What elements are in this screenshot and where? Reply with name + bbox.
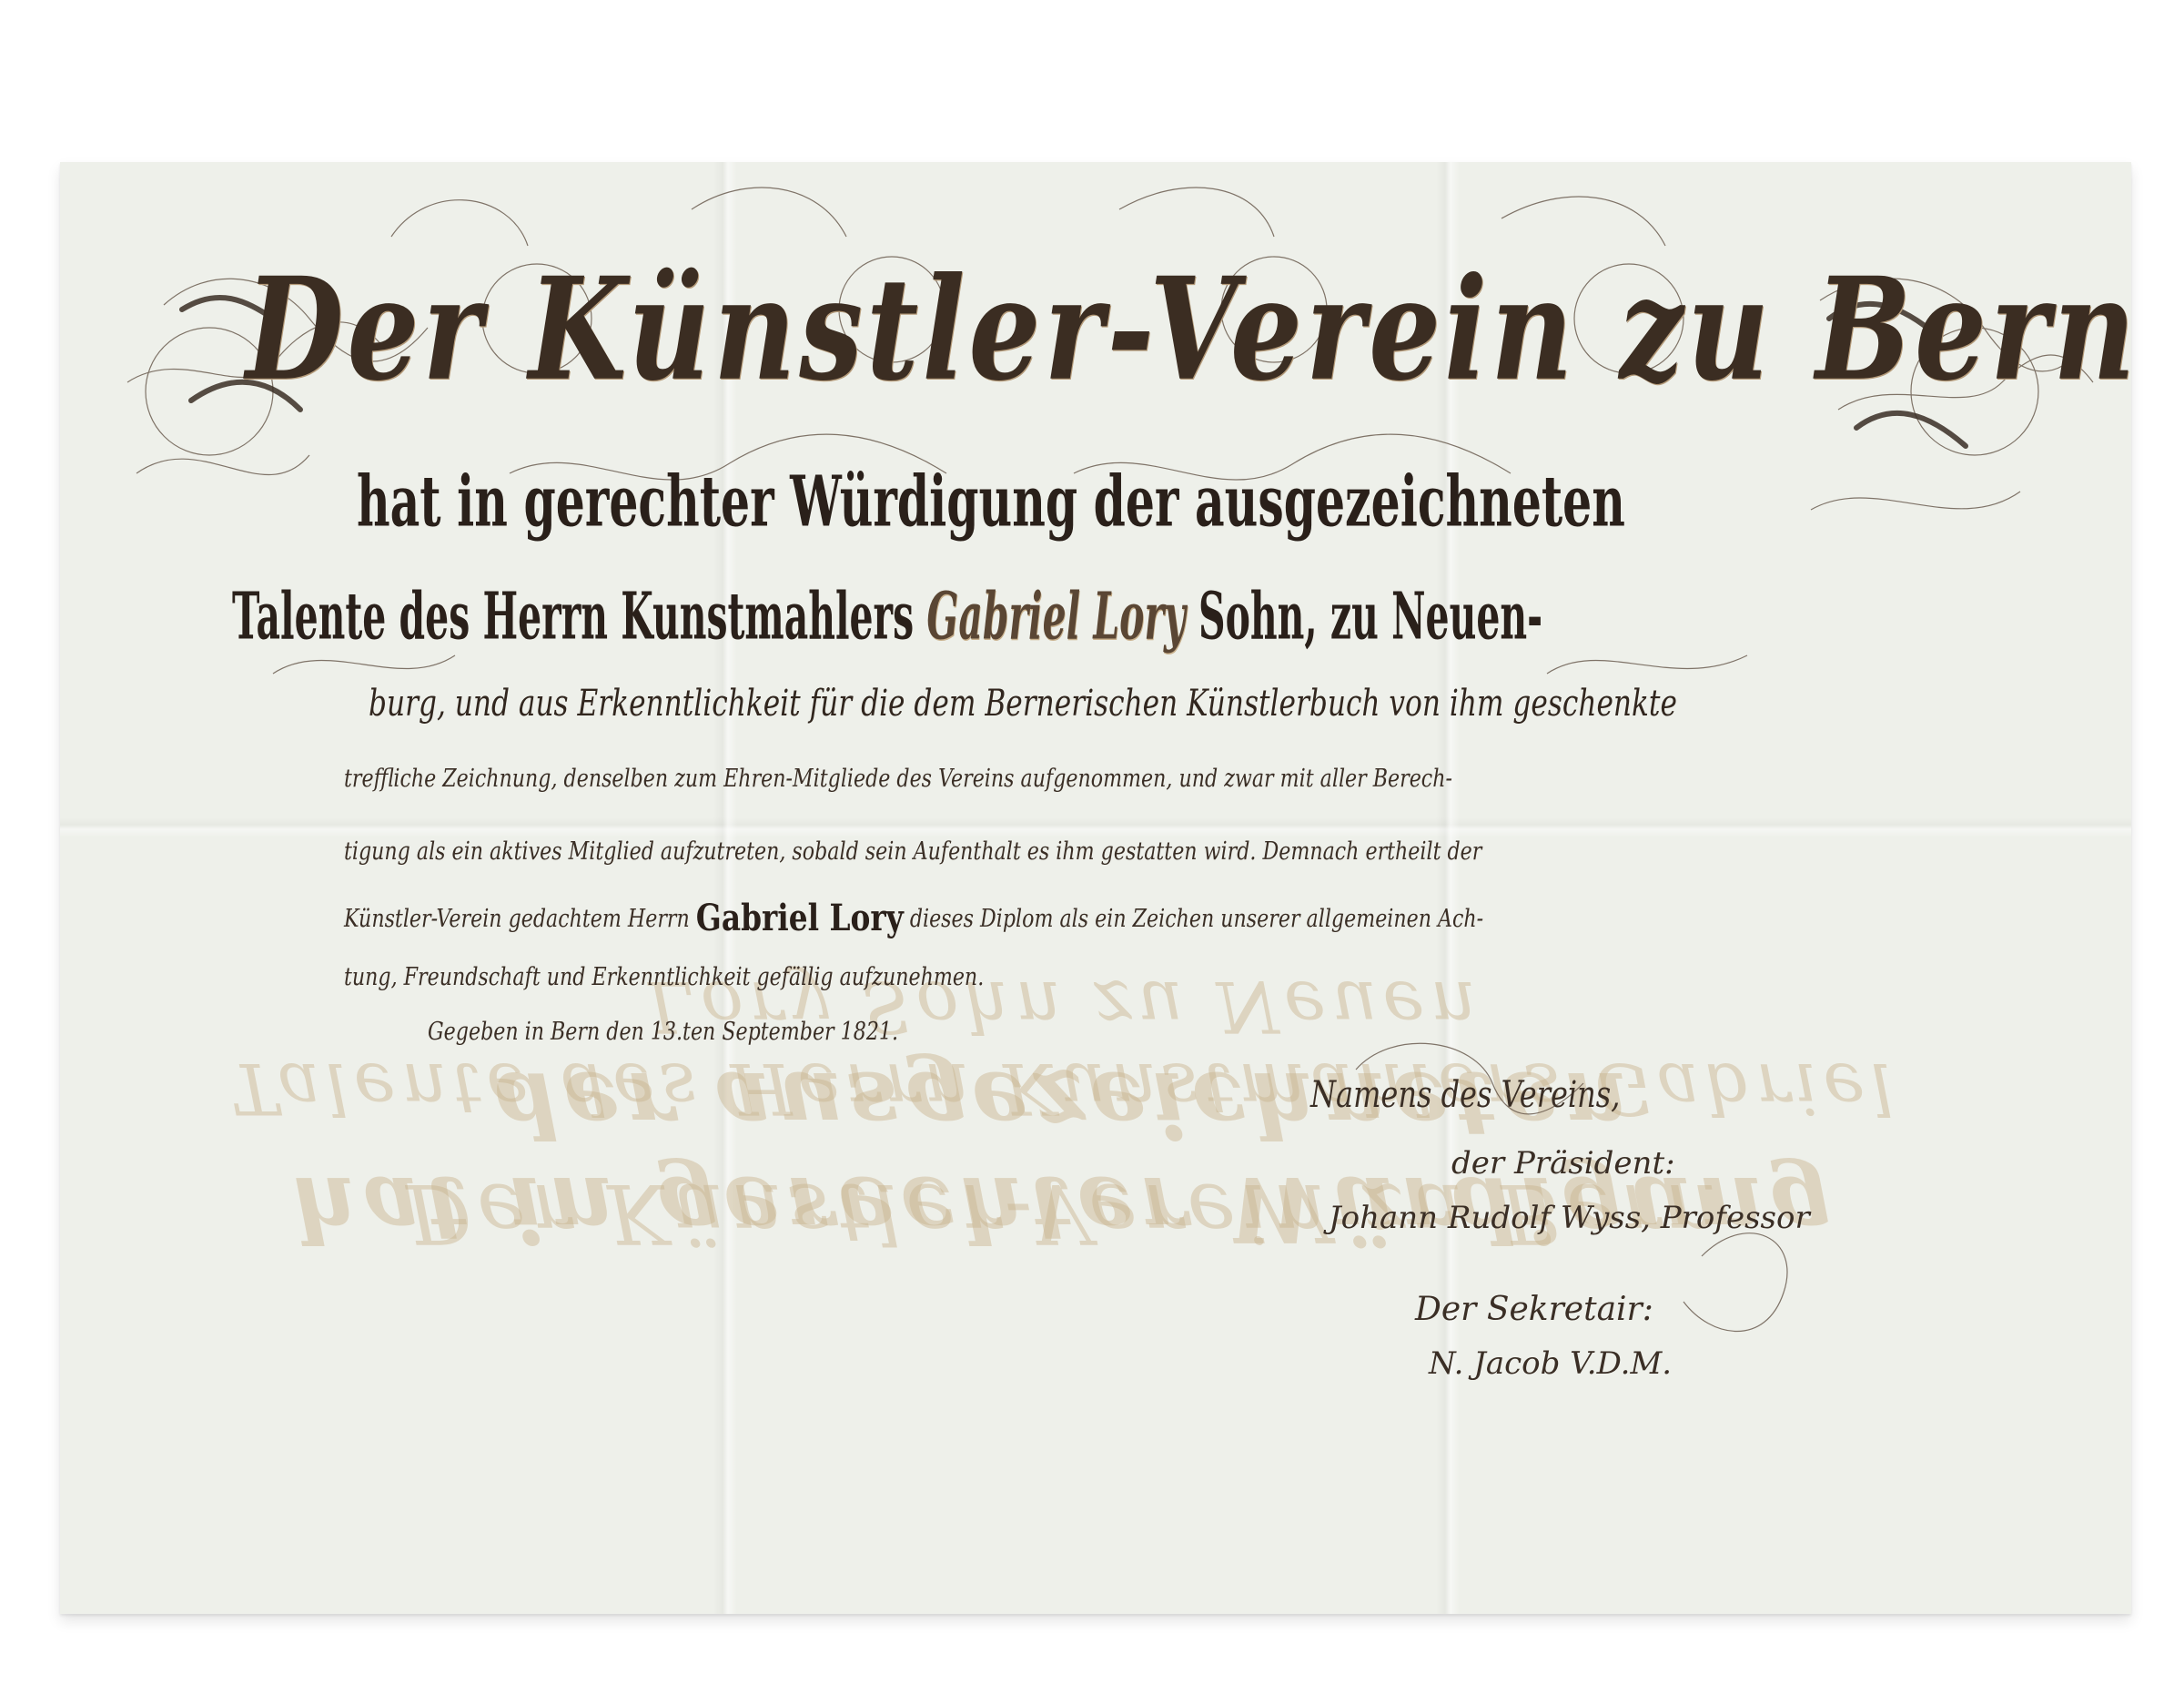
honoree-name: Gabriel Lory (696, 897, 904, 939)
text-line-6: tigung als ein aktives Mitglied aufzutre… (344, 837, 1481, 866)
text-fragment: Talente des Herrn Kunstmahlers (232, 578, 926, 654)
text-line-8: tung, Freundschaft und Erkenntlichkeit g… (344, 963, 984, 991)
text-line-2: hat in gerechter Würdigung der ausgezeic… (357, 460, 1625, 543)
president-label: der Präsident: (1451, 1145, 1675, 1182)
text-fragment: Sohn, zu Neuen- (1186, 578, 1542, 654)
text-line-3: Talente des Herrn Kunstmahlers Gabriel L… (232, 578, 1542, 654)
text-fragment: dieses Diplom als ein Zeichen unserer al… (904, 905, 1483, 933)
president-signature: Johann Rudolf Wyss, Professor (1329, 1200, 1810, 1236)
secretary-signature: N. Jacob V.D.M. (1429, 1345, 1672, 1382)
text-fragment: Künstler-Verein gedachtem Herrn (344, 905, 696, 933)
date-line: Gegeben in Bern den 13.ten September 182… (428, 1018, 898, 1046)
diploma-title: Der Künstler-Verein zu Bern (246, 248, 1938, 412)
honoree-name: Gabriel Lory (926, 578, 1185, 654)
secretary-label: Der Sekretair: (1415, 1291, 1653, 1328)
text-line-7: Künstler-Verein gedachtem Herrn Gabriel … (344, 897, 1483, 939)
text-line-5: treffliche Zeichnung, denselben zum Ehre… (344, 765, 1452, 793)
text-line-4: burg, und aus Erkenntlichkeit für die de… (369, 683, 1677, 725)
signature-heading: Namens des Vereins, (1310, 1074, 1620, 1116)
